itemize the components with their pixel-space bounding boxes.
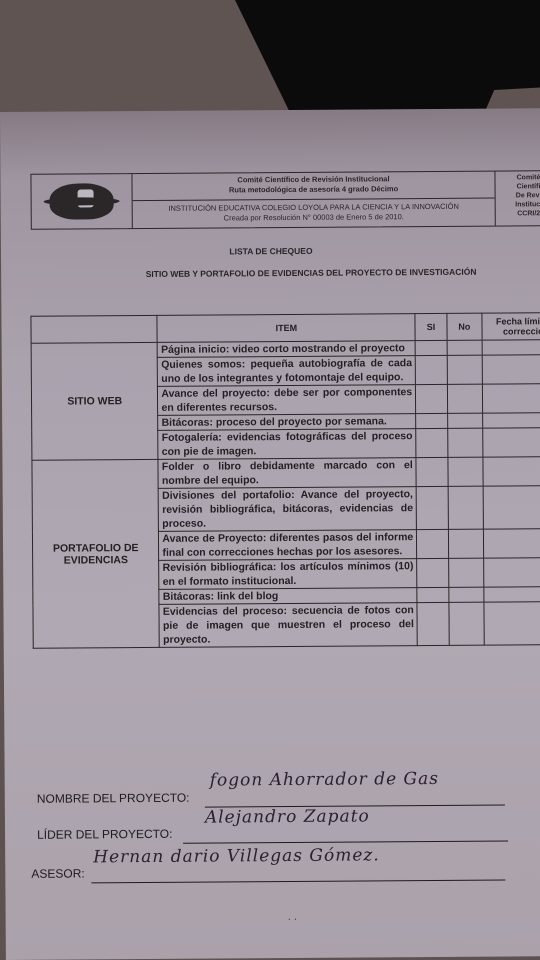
item-column-header: ITEM bbox=[157, 314, 415, 343]
checklist-item-text: Página inicio: video corto mostrando el … bbox=[158, 341, 416, 358]
si-checkbox-cell[interactable] bbox=[416, 457, 448, 486]
si-checkbox-cell[interactable] bbox=[416, 384, 448, 413]
deadline-cell[interactable] bbox=[484, 602, 540, 646]
document-header: Comité Científico de Revisión Institucio… bbox=[30, 170, 540, 230]
header-title-cell: Comité Científico de Revisión Institucio… bbox=[132, 172, 495, 229]
document-subtitle: SITIO WEB Y PORTAFOLIO DE EVIDENCIAS DEL… bbox=[41, 266, 540, 280]
checklist-item-text: Quienes somos: pequeña autobiografía de … bbox=[158, 356, 416, 387]
deadline-column-header: Fecha límite p correccion bbox=[482, 313, 540, 341]
si-checkbox-cell[interactable] bbox=[415, 340, 446, 355]
project-name-field[interactable] bbox=[205, 790, 505, 807]
code-line: Científi bbox=[500, 182, 540, 191]
deadline-cell[interactable] bbox=[482, 355, 540, 385]
deadline-cell[interactable] bbox=[484, 558, 540, 588]
si-checkbox-cell[interactable] bbox=[416, 413, 447, 428]
checklist-item-text: Avance de Proyecto: diferentes pasos del… bbox=[159, 530, 417, 561]
deadline-cell[interactable] bbox=[483, 413, 540, 429]
checklist-item-text: Revisión bibliográfica: los artículos mí… bbox=[159, 559, 417, 590]
deadline-cell[interactable] bbox=[482, 384, 540, 414]
section-label: PORTAFOLIO DE EVIDENCIAS bbox=[32, 459, 160, 648]
checklist-item-text: Divisiones del portafolio: Avance del pr… bbox=[159, 487, 417, 532]
committee-title: Comité Científico de Revisión Institucio… bbox=[132, 172, 494, 202]
si-checkbox-cell[interactable] bbox=[417, 558, 449, 587]
si-checkbox-cell[interactable] bbox=[417, 587, 448, 602]
no-checkbox-cell[interactable] bbox=[449, 602, 485, 645]
leader-value: Alejandro Zapato bbox=[205, 806, 370, 827]
checklist-item-text: Bitácoras: proceso del proyecto por sema… bbox=[158, 414, 416, 431]
advisor-label: ASESOR: bbox=[31, 866, 84, 880]
route-name: Ruta metodológica de asesoría 4 grado Dé… bbox=[133, 184, 495, 197]
checklist-item-text: Evidencias del proceso: secuencia de fot… bbox=[159, 603, 417, 648]
no-checkbox-cell[interactable] bbox=[447, 340, 482, 355]
si-checkbox-cell[interactable] bbox=[417, 529, 449, 558]
deadline-cell[interactable] bbox=[483, 486, 540, 530]
deadline-cell[interactable] bbox=[484, 587, 540, 603]
si-column-header: SI bbox=[415, 313, 447, 340]
document-title: LISTA DE CHEQUEO bbox=[1, 244, 540, 258]
code-line: Instituci bbox=[500, 200, 540, 209]
deadline-cell[interactable] bbox=[483, 457, 540, 487]
no-column-header: No bbox=[447, 313, 483, 340]
ink-dots: · · bbox=[288, 914, 298, 925]
no-checkbox-cell[interactable] bbox=[448, 486, 484, 529]
code-line: CCRI/2 bbox=[500, 209, 540, 218]
project-name-label: NOMBRE DEL PROYECTO: bbox=[37, 791, 190, 806]
checklist-item-text: Folder o libro debidamente marcado con e… bbox=[158, 458, 416, 489]
institution-block: INSTITUCIÓN EDUCATIVA COLEGIO LOYOLA PAR… bbox=[133, 199, 495, 229]
table-row: PORTAFOLIO DE EVIDENCIASFolder o libro d… bbox=[32, 457, 540, 490]
logo-cell bbox=[31, 174, 132, 229]
school-crest-icon bbox=[50, 183, 114, 219]
no-checkbox-cell[interactable] bbox=[447, 384, 483, 413]
checklist-item-text: Avance del proyecto: debe ser por compon… bbox=[158, 385, 416, 416]
leader-field[interactable] bbox=[183, 826, 508, 843]
no-checkbox-cell[interactable] bbox=[448, 457, 484, 486]
si-checkbox-cell[interactable] bbox=[417, 602, 449, 645]
document-code-cell: Comité Científi De Revi Instituci CCRI/2 bbox=[495, 171, 540, 225]
code-line: De Revi bbox=[500, 191, 540, 200]
checklist-sheet: Comité Científico de Revisión Institucio… bbox=[0, 108, 540, 960]
no-checkbox-cell[interactable] bbox=[448, 558, 484, 587]
advisor-field[interactable] bbox=[91, 865, 505, 883]
no-checkbox-cell[interactable] bbox=[448, 587, 483, 602]
checklist-item-text: Fotogalería: evidencias fotográficas del… bbox=[158, 429, 416, 460]
code-line: Comité bbox=[499, 173, 540, 182]
si-checkbox-cell[interactable] bbox=[416, 486, 448, 529]
deadline-cell[interactable] bbox=[482, 340, 540, 356]
leader-label: LÍDER DEL PROYECTO: bbox=[37, 827, 172, 842]
project-name-value: fogon Ahorrador de Gas bbox=[210, 769, 439, 791]
no-checkbox-cell[interactable] bbox=[447, 355, 483, 384]
advisor-value: Hernan dario Villegas Gómez. bbox=[93, 845, 380, 867]
si-checkbox-cell[interactable] bbox=[415, 355, 447, 384]
no-checkbox-cell[interactable] bbox=[448, 529, 484, 558]
checklist-table: ITEM SI No Fecha límite p correccion SIT… bbox=[30, 312, 540, 649]
table-header-row: ITEM SI No Fecha límite p correccion bbox=[31, 313, 540, 344]
si-checkbox-cell[interactable] bbox=[416, 428, 448, 457]
no-checkbox-cell[interactable] bbox=[447, 413, 482, 428]
deadline-cell[interactable] bbox=[483, 428, 540, 458]
deadline-cell[interactable] bbox=[483, 529, 540, 559]
no-checkbox-cell[interactable] bbox=[447, 428, 483, 457]
section-label: SITIO WEB bbox=[31, 342, 158, 460]
section-column-header bbox=[31, 315, 158, 343]
